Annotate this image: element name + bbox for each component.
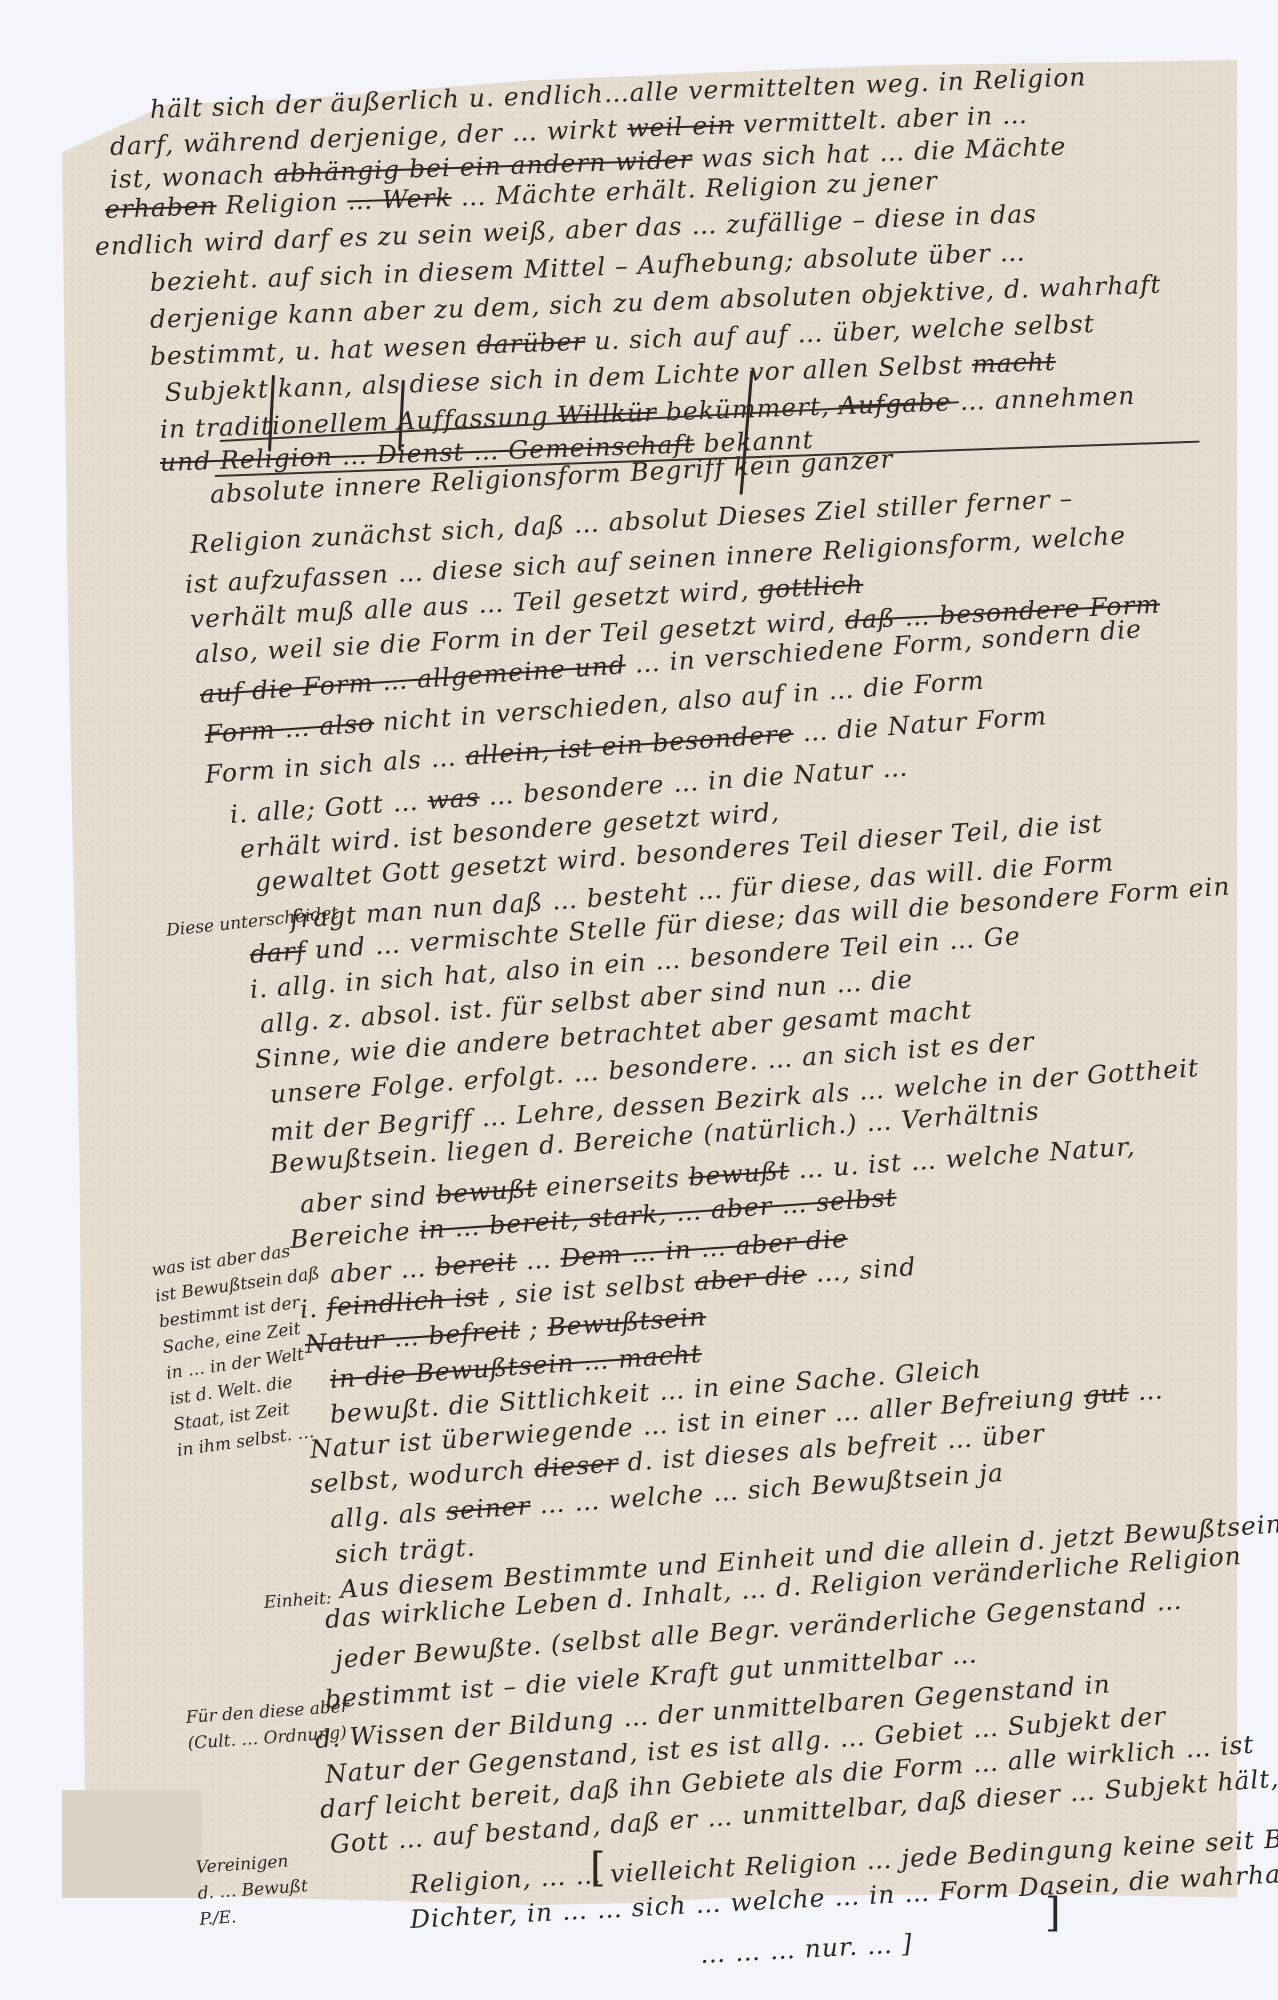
margin-note: Vereinigen d. … Bewußt P./E. <box>195 1847 311 1933</box>
bracket-mark: ] <box>1045 1890 1061 1936</box>
text-run: Religion <box>216 187 348 221</box>
struck-text: … Werk <box>347 183 452 216</box>
struck-text: macht <box>972 347 1057 379</box>
text-run: … … … nur. … ] <box>699 1929 913 1969</box>
struck-text: darüber <box>476 327 586 360</box>
struck-text: gut <box>1083 1378 1130 1410</box>
struck-text: dieser <box>533 1448 619 1483</box>
text-run: … <box>1128 1375 1165 1406</box>
struck-text: bereit <box>434 1247 517 1282</box>
struck-text: was <box>426 783 480 816</box>
manuscript-line: … … … nur. … ] <box>699 1929 913 1969</box>
struck-text: weil ein <box>627 110 735 143</box>
struck-text: seiner <box>445 1491 531 1526</box>
margin-note: was ist aber das ist Bewußtsein daß best… <box>150 1235 343 1464</box>
struck-text: Willkür <box>557 398 657 430</box>
margin-note: Einheit: <box>263 1585 332 1616</box>
struck-text: gottlich <box>757 570 864 604</box>
text-run: ist, wonach <box>109 159 274 194</box>
paper-fold-shadow <box>62 1790 202 1898</box>
bracket-mark: [ <box>590 1845 606 1891</box>
struck-text: erhaben <box>104 191 217 224</box>
struck-text: darf <box>249 936 307 969</box>
text-run: … <box>516 1244 562 1276</box>
text-run: ; <box>519 1313 548 1344</box>
